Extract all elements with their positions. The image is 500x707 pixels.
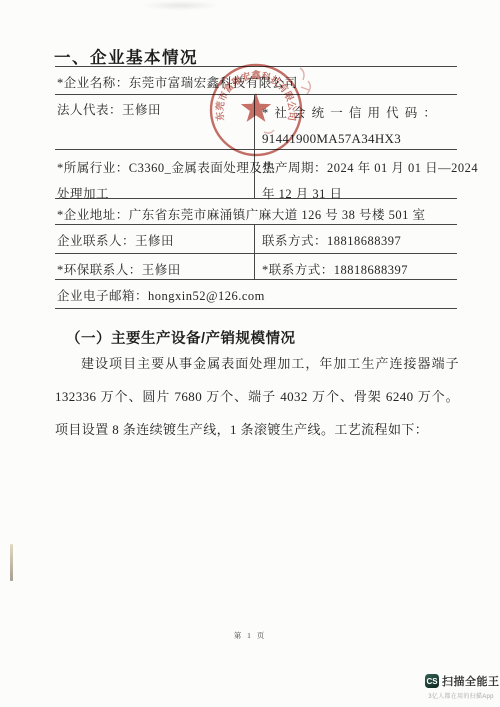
- camscanner-tagline: 3亿人都在用的扫描App: [425, 691, 497, 700]
- scan-smudge-artifact: [142, 1, 220, 10]
- cell-env-contact-phone: *联系方式：18818688397: [255, 254, 457, 279]
- section-title-basic-info: 一、企业基本情况: [54, 44, 198, 68]
- table-row-env-contact: *环保联系人：王修田 *联系方式：18818688397: [55, 254, 457, 280]
- cell-env-contact-person: *环保联系人：王修田: [55, 254, 255, 279]
- scan-artifact-line: [10, 544, 13, 581]
- page-number: 第 1 页: [0, 630, 500, 641]
- seal-star-icon: [241, 93, 271, 122]
- body-paragraph: 建设项目主要从事金属表面处理加工，年加工生产连接器端子 132336 万个、圆片…: [55, 347, 459, 446]
- cell-contact-phone: 联系方式：18818688397: [255, 225, 457, 253]
- cell-address: *企业地址：广东省东莞市麻涌镇广麻大道 126 号 38 号楼 501 室: [55, 199, 457, 224]
- camscanner-app-name: 扫描全能王: [442, 673, 500, 689]
- camscanner-watermark: CS 扫描全能王 3亿人都在用的扫描App: [425, 673, 497, 700]
- scanned-document-page: 一、企业基本情况 *企业名称：东莞市富瑞宏鑫科技有限公司 法人代表：王修田 * …: [0, 0, 500, 707]
- table-row-address: *企业地址：广东省东莞市麻涌镇广麻大道 126 号 38 号楼 501 室: [55, 199, 457, 225]
- camscanner-cs-icon: CS: [425, 674, 439, 688]
- section-title-production: （一）主要生产设备/产销规模情况: [66, 327, 296, 348]
- cell-contact-person: 企业联系人：王修田: [55, 225, 255, 253]
- table-row-email: 企业电子邮箱：hongxin52@126.com: [55, 280, 457, 309]
- camscanner-logo-row: CS 扫描全能王: [425, 673, 497, 689]
- cell-email: 企业电子邮箱：hongxin52@126.com: [55, 280, 457, 308]
- table-row-contact: 企业联系人：王修田 联系方式：18818688397: [55, 225, 457, 254]
- company-seal-stamp: 东莞市富瑞宏鑫科技有限公司: [204, 60, 322, 164]
